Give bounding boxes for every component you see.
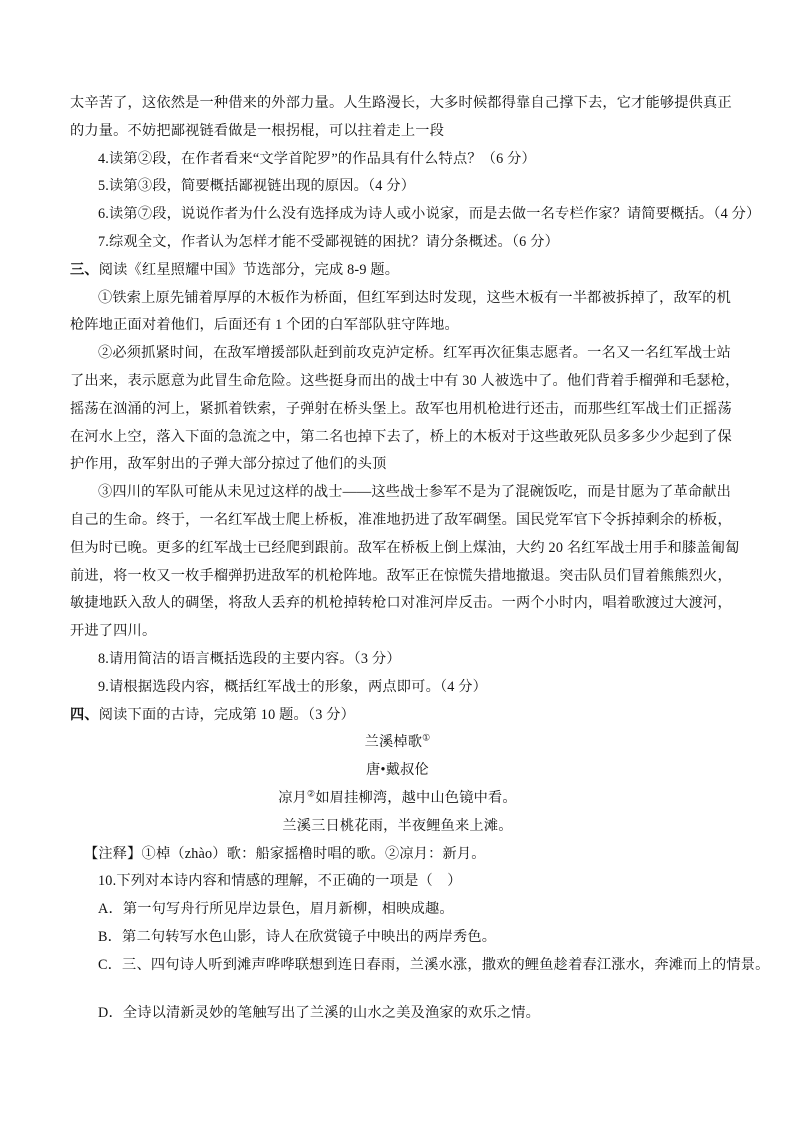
passage-line: 开进了四川。 — [70, 618, 725, 646]
option-a: A．第一句写舟行所见岸边景色，眉月新柳，相映成趣。 — [70, 896, 725, 924]
passage-line: ①铁索上原先铺着厚厚的木板作为桥面，但红军到达时发现，这些木板有一半都被拆掉了，… — [70, 285, 725, 313]
passage-line: 枪阵地正面对着他们，后面还有 1 个团的白军部队驻守阵地。 — [70, 312, 725, 340]
passage-line: 自己的生命。终于，一名红军战士爬上桥板，准准地扔进了敌军碉堡。国民党军官下令拆掉… — [70, 507, 725, 535]
poem-author: 唐•戴叔伦 — [70, 757, 725, 785]
intro-continuation-line: 的力量。不妨把鄙视链看做是一根拐棍，可以拄着走上一段 — [70, 118, 725, 146]
poem-title: 兰溪棹歌① — [70, 729, 725, 757]
section-title: 阅读《红星照耀中国》节选部分，完成 8-9 题。 — [99, 262, 399, 278]
option-b: B．第二句转写水色山影，诗人在欣赏镜子中映出的两岸秀色。 — [70, 924, 725, 952]
passage-line: ③四川的军队可能从未见过这样的战士——这些战士参军不是为了混碗饭吃，而是甘愿为了… — [70, 479, 725, 507]
passage-line: 了出来，表示愿意为此冒生命危险。这些挺身而出的战士中有 30 人被选中了。他们背… — [70, 368, 725, 396]
document-body: 太辛苦了，这依然是一种借来的外部力量。人生路漫长，大多时候都得靠自己撑下去，它才… — [70, 90, 725, 1027]
exam-paper-page: 太辛苦了，这依然是一种借来的外部力量。人生路漫长，大多时候都得靠自己撑下去，它才… — [0, 0, 793, 1122]
passage-line: 敏捷地跃入敌人的碉堡，将敌人丢弃的机枪掉转枪口对准河岸反击。一两个小时内，唱着歌… — [70, 590, 725, 618]
question-10: 10.下列对本诗内容和情感的理解，不正确的一项是（ ） — [70, 868, 725, 896]
section-three-heading: 三、阅读《红星照耀中国》节选部分，完成 8-9 题。 — [70, 257, 725, 285]
passage-line: 摇荡在汹涌的河上，紧抓着铁索，子弹射在桥头堡上。敌军也用机枪进行还击，而那些红军… — [70, 396, 725, 424]
passage-line: 前进，将一枚又一枚手榴弹扔进敌军的机枪阵地。敌军正在惊慌失措地撤退。突击队员们冒… — [70, 563, 725, 591]
passage-line: 但为时已晚。更多的红军战士已经爬到跟前。敌军在桥板上倒上煤油，大约 20 名红军… — [70, 535, 725, 563]
question-7: 7.综观全文，作者认为怎样才能不受鄙视链的困扰？请分条概述。（6 分） — [70, 229, 725, 257]
section-number: 三、 — [70, 262, 99, 278]
question-5: 5.读第③段，简要概括鄙视链出现的原因。（4 分） — [70, 173, 725, 201]
question-4: 4.读第②段，在作者看来“文学首陀罗”的作品具有什么特点？（6 分） — [70, 146, 725, 174]
poem-line-rest: 如眉挂柳湾，越中山色镜中看。 — [315, 790, 516, 806]
poem-title-text: 兰溪棹歌 — [365, 734, 423, 750]
section-number: 四、 — [70, 707, 99, 723]
passage-line: 护作用，敌军射出的子弹大部分掠过了他们的头顶 — [70, 451, 725, 479]
option-d: D．全诗以清新灵妙的笔触写出了兰溪的山水之美及渔家的欢乐之情。 — [70, 1000, 725, 1028]
poem-line: 凉月②如眉挂柳湾，越中山色镜中看。 — [70, 785, 725, 813]
question-9: 9.请根据选段内容，概括红军战士的形象，两点即可。（4 分） — [70, 674, 725, 702]
section-four-heading: 四、阅读下面的古诗，完成第 10 题。（3 分） — [70, 702, 725, 730]
section-title: 阅读下面的古诗，完成第 10 题。（3 分） — [99, 707, 355, 723]
poem-line-head: 凉月 — [278, 790, 307, 806]
intro-continuation-line: 太辛苦了，这依然是一种借来的外部力量。人生路漫长，大多时候都得靠自己撑下去，它才… — [70, 90, 725, 118]
poem-title-note-ref: ① — [422, 733, 430, 743]
option-c: C．三、四句诗人听到滩声哗哗联想到连日春雨，兰溪水涨，撒欢的鲤鱼趁着春江涨水，奔… — [70, 952, 725, 980]
passage-line: 在河水上空，落入下面的急流之中，第二名也掉下去了，桥上的木板对于这些敢死队员多多… — [70, 424, 725, 452]
poem-annotation: 【注释】①棹（zhào）歌：船家摇橹时唱的歌。②凉月：新月。 — [70, 841, 725, 869]
poem-line: 兰溪三日桃花雨，半夜鲤鱼来上滩。 — [70, 813, 725, 841]
question-6: 6.读第⑦段，说说作者为什么没有选择成为诗人或小说家，而是去做一名专栏作家？请简… — [70, 201, 725, 229]
question-8: 8.请用简洁的语言概括选段的主要内容。（3 分） — [70, 646, 725, 674]
passage-line: ②必须抓紧时间，在敌军增援部队赶到前攻克泸定桥。红军再次征集志愿者。一名又一名红… — [70, 340, 725, 368]
